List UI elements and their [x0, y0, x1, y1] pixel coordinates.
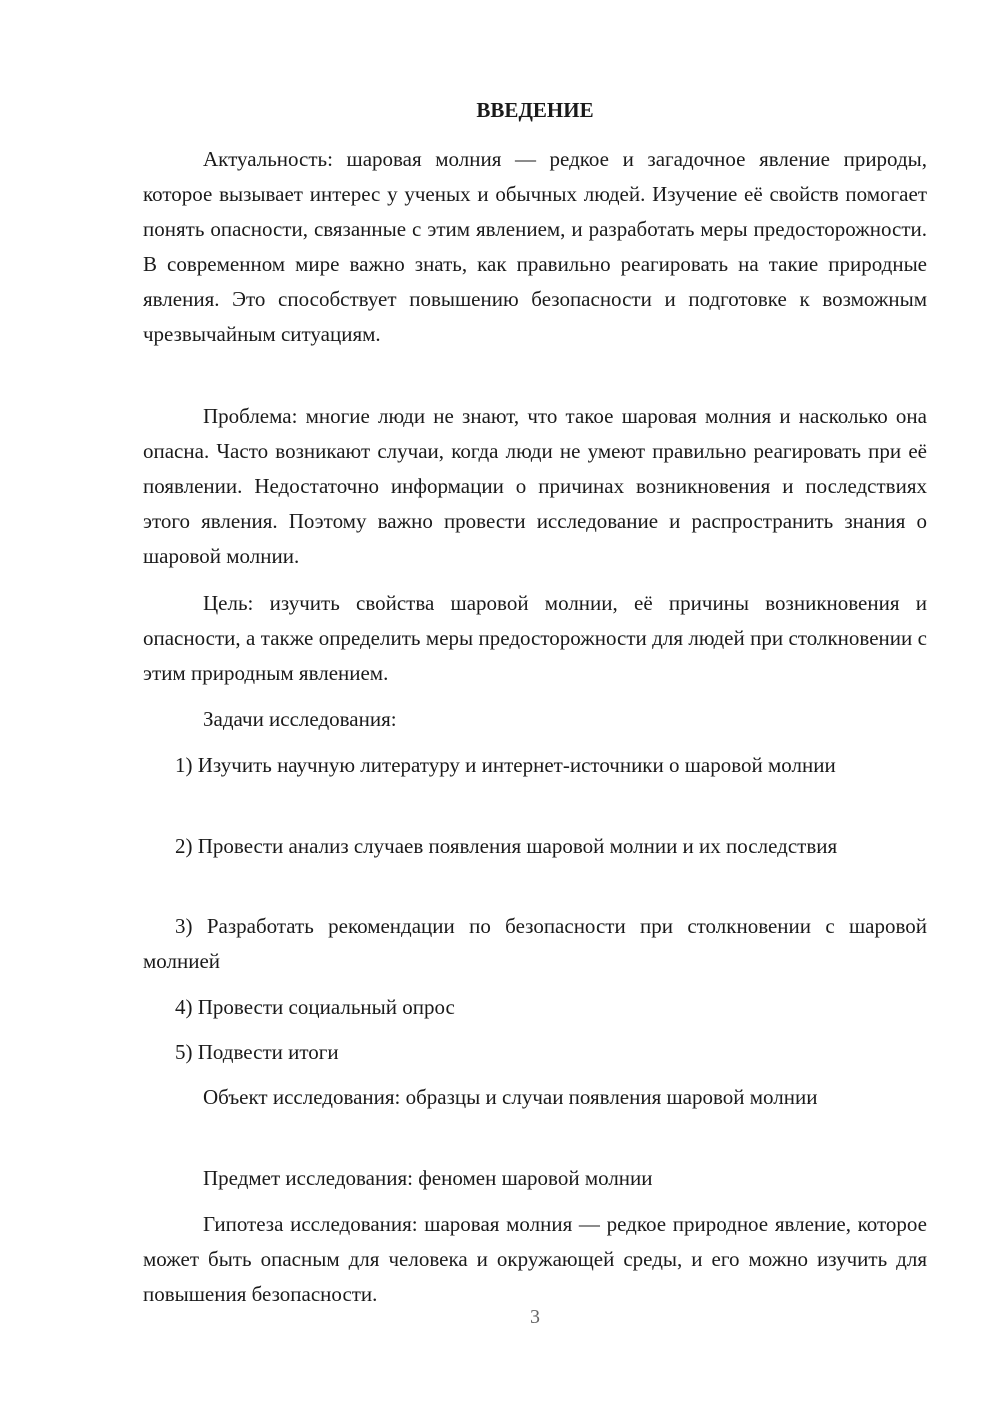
page-number: 3: [0, 1306, 1000, 1329]
task-item-5: 5) Подвести итоги: [143, 1035, 927, 1070]
paragraph-hypothesis: Гипотеза исследования: шаровая молния — …: [143, 1207, 927, 1312]
paragraph-relevance: Актуальность: шаровая молния — редкое и …: [143, 142, 927, 352]
paragraph-problem: Проблема: многие люди не знают, что тако…: [143, 399, 927, 574]
task-item-2: 2) Провести анализ случаев появления шар…: [143, 829, 927, 864]
paragraph-subject: Предмет исследования: феномен шаровой мо…: [143, 1161, 927, 1196]
task-item-3: 3) Разработать рекомендации по безопасно…: [143, 909, 927, 979]
task-item-4: 4) Провести социальный опрос: [143, 990, 927, 1025]
document-page: ВВЕДЕНИЕ Актуальность: шаровая молния — …: [0, 0, 1000, 1414]
task-item-1: 1) Изучить научную литературу и интернет…: [143, 748, 927, 783]
section-heading: ВВЕДЕНИЕ: [143, 96, 927, 124]
paragraph-object: Объект исследования: образцы и случаи по…: [143, 1080, 927, 1115]
paragraph-goal: Цель: изучить свойства шаровой молнии, е…: [143, 586, 927, 691]
tasks-title: Задачи исследования:: [143, 702, 927, 737]
